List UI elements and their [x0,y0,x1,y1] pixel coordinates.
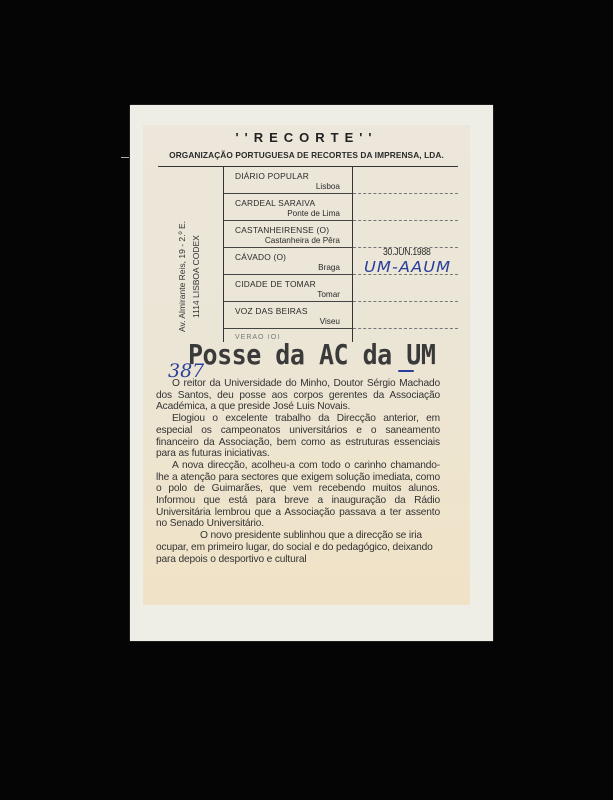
publication-city: Castanheira de Pêra [265,236,340,245]
article-paragraph: Elogiou o excelente trabalho da Direcção… [156,413,440,460]
article-headline: Posse da AC da UM [188,338,435,370]
stamp-column-row [353,275,458,302]
article-paragraph: O novo presidente sublinhou que a direcç… [156,530,440,565]
publication-row: CIDADE DE TOMAR Tomar [224,275,352,302]
publication-row: VOZ DAS BEIRAS Viseu [224,302,352,329]
publication-name: CARDEAL SARAIVA [235,198,315,208]
publication-name: CIDADE DE TOMAR [235,279,316,289]
publication-city: Viseu [320,317,340,326]
publication-city: Ponte de Lima [287,209,340,218]
stamp-column-row [353,167,458,194]
handwritten-underline [398,370,414,372]
address-line-2: 1114 LISBOA CODEX [189,221,203,332]
stamp-column-row [353,194,458,221]
service-subtitle: ORGANIZAÇÃO PORTUGUESA DE RECORTES DA IM… [143,150,470,160]
service-address: Av. Almirante Reis, 19 - 2.º E. 1114 LIS… [175,221,203,332]
stamp-column-row [353,221,458,248]
article-paragraph: O reitor da Universidade do Minho, Douto… [156,378,440,413]
publication-name: VOZ DAS BEIRAS [235,306,308,316]
service-title: ''RECORTE'' [143,130,470,145]
publication-row: CÁVADO (O) Braga [224,248,352,275]
handwritten-code: UM-AAUM [364,258,451,276]
address-line-1: Av. Almirante Reis, 19 - 2.º E. [175,221,189,332]
stamp-column-row [353,302,458,329]
publication-row: CARDEAL SARAIVA Ponte de Lima [224,194,352,221]
publication-name: CÁVADO (O) [235,252,286,262]
publication-row: DIÁRIO POPULAR Lisboa [224,167,352,194]
publication-city: Lisboa [316,182,340,191]
margin-mark [121,157,129,158]
article-paragraph: A nova direcção, acolheu-a com todo o ca… [156,460,440,530]
publication-row: CASTANHEIRENSE (O) Castanheira de Pêra [224,221,352,248]
date-stamp: 30.JUN.1988 [383,246,431,258]
publication-name: CASTANHEIRENSE (O) [235,225,329,235]
publication-city: Tomar [317,290,340,299]
publication-city: Braga [318,263,340,272]
article-body: O reitor da Universidade do Minho, Douto… [156,378,440,565]
publication-name: DIÁRIO POPULAR [235,171,309,181]
